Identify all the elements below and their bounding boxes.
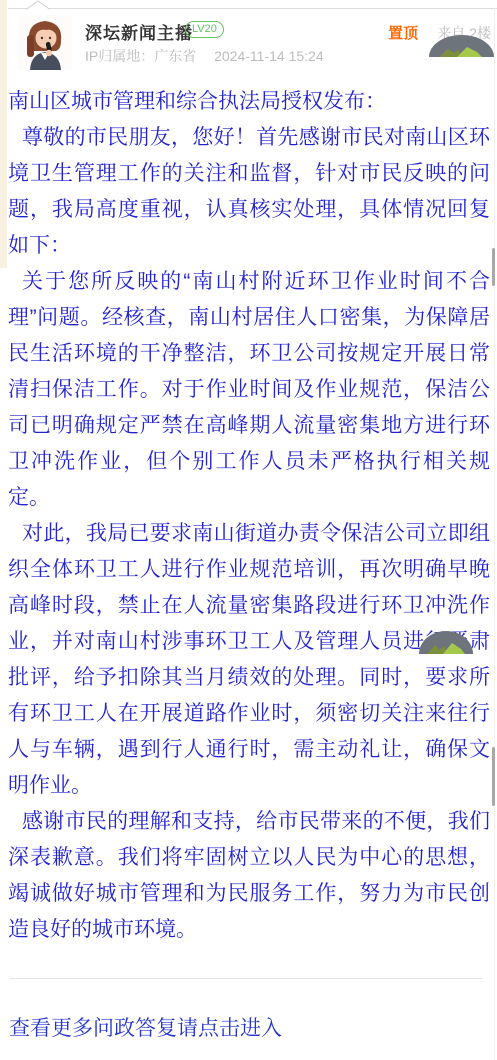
scrollbar-track — [494, 8, 495, 1060]
speech-bubble-notch — [26, 0, 50, 10]
post-meta: IP归属地：广东省 2024-11-14 15:24 — [85, 46, 324, 66]
scrollbar-thumb[interactable] — [492, 248, 495, 286]
user-level-badge: LV20 — [185, 21, 224, 38]
footer-divider — [9, 978, 483, 979]
author-username[interactable]: 深坛新闻主播 — [85, 19, 193, 44]
body-paragraph: 感谢市民的理解和支持，给市民带来的不便，我们深表歉意。我们将牢固树立以人民为中心… — [8, 804, 490, 948]
news-anchor-avatar-icon — [18, 15, 72, 70]
more-replies-link[interactable]: 查看更多问政答复请点击进入 — [9, 1012, 282, 1042]
floating-pendant-middle-icon[interactable] — [419, 631, 473, 654]
body-paragraph: 对此，我局已要求南山街道办责令保洁公司立即组织全体环卫工人进行作业规范培训，再次… — [8, 516, 490, 804]
scrollbar-thumb[interactable] — [492, 747, 495, 806]
avatar[interactable] — [18, 15, 72, 70]
body-paragraph: 南山区城市管理和综合执法局授权发布： — [8, 84, 490, 120]
forum-post-page: 深坛新闻主播 LV20 IP归属地：广东省 2024-11-14 15:24 置… — [0, 0, 497, 1060]
ip-location-label: IP归属地：广东省 — [85, 48, 196, 64]
floating-pendant-top-icon[interactable] — [429, 35, 494, 57]
post-timestamp: 2024-11-14 15:24 — [214, 48, 324, 64]
pinned-badge: 置顶 — [388, 22, 418, 43]
body-paragraph: 尊敬的市民朋友，您好！首先感谢市民对南山区环境卫生管理工作的关注和监督，针对市民… — [8, 120, 490, 264]
card-top-border — [8, 8, 497, 9]
page-edge-strip — [0, 0, 7, 268]
post-body: 南山区城市管理和综合执法局授权发布： 尊敬的市民朋友，您好！首先感谢市民对南山区… — [8, 84, 490, 948]
body-paragraph: 关于您所反映的“南山村附近环卫作业时间不合理”问题。经核查，南山村居住人口密集，… — [8, 264, 490, 516]
